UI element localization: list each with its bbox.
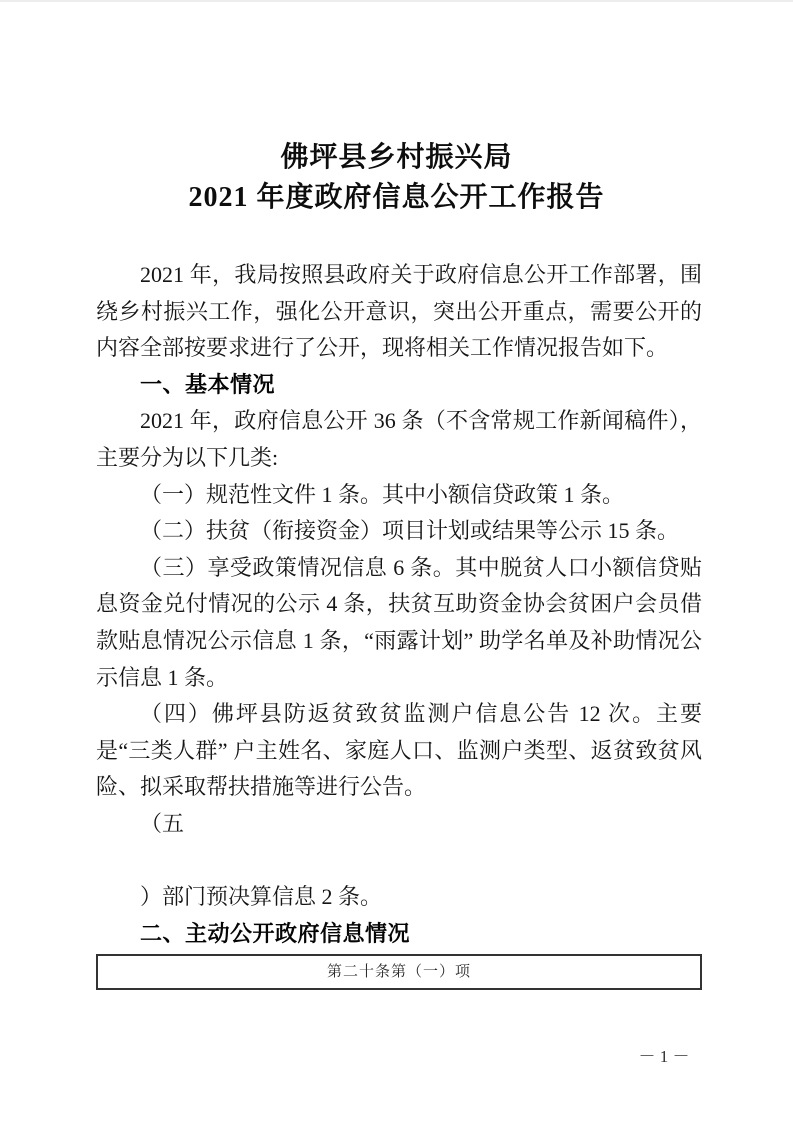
- document-title: 佛坪县乡村振兴局 2021 年度政府信息公开工作报告: [0, 138, 793, 218]
- list-item-4: （四）佛坪县防返贫致贫监测户信息公告 12 次。主要是“三类人群” 户主姓名、家…: [96, 696, 702, 806]
- document-body: 2021 年，我局按照县政府关于政府信息公开工作部署，围绕乡村振兴工作，强化公开…: [96, 257, 702, 990]
- section1-lead-paragraph: 2021 年，政府信息公开 36 条（不含常规工作新闻稿件），主要分为以下几类:: [96, 403, 702, 476]
- list-item-2: （二）扶贫（衔接资金）项目计划或结果等公示 15 条。: [96, 513, 702, 550]
- list-item-3: （三）享受政策情况信息 6 条。其中脱贫人口小额信贷贴息资金兑付情况的公示 4 …: [96, 550, 702, 696]
- page-top-edge: [0, 0, 793, 2]
- section-heading-2: 二、主动公开政府信息情况: [96, 916, 702, 953]
- intro-paragraph: 2021 年，我局按照县政府关于政府信息公开工作部署，围绕乡村振兴工作，强化公开…: [96, 257, 702, 367]
- list-item-1: （一）规范性文件 1 条。其中小额信贷政策 1 条。: [96, 477, 702, 514]
- page-number: － 1 －: [622, 1042, 706, 1067]
- section-heading-1: 一、基本情况: [96, 367, 702, 404]
- list-item-5-open: （五: [96, 806, 702, 843]
- blank-line-gap: [96, 843, 702, 880]
- table-header-row: 第二十条第（一）项: [96, 954, 702, 990]
- document-title-line1: 佛坪县乡村振兴局: [0, 138, 793, 178]
- document-title-line2: 2021 年度政府信息公开工作报告: [0, 178, 793, 218]
- table-header-cell: 第二十条第（一）项: [327, 954, 471, 991]
- list-item-5-close: ）部门预决算信息 2 条。: [96, 879, 702, 916]
- document-page: 佛坪县乡村振兴局 2021 年度政府信息公开工作报告 2021 年，我局按照县政…: [0, 0, 793, 1122]
